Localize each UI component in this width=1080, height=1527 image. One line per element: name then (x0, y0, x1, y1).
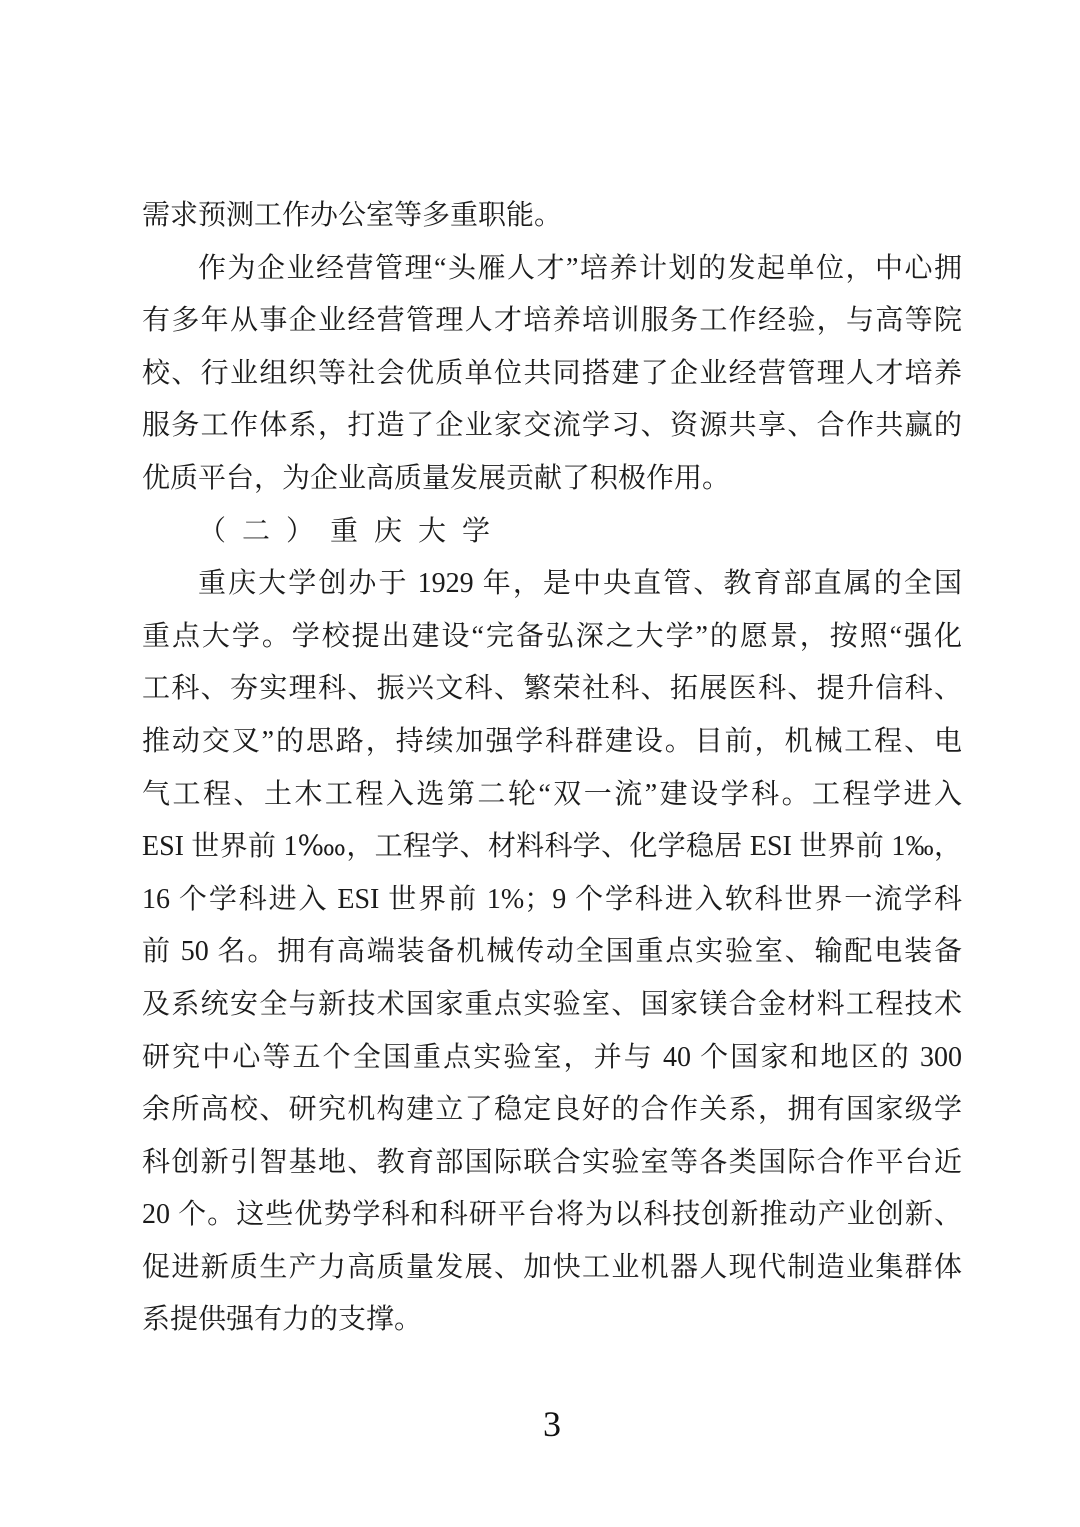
text-line: 工科、夯实理科、振兴文科、繁荣社科、拓展医科、提升信科、 (142, 663, 962, 716)
text-line: 20 个。这些优势学科和科研平台将为以科技创新推动产业创新、 (142, 1189, 962, 1242)
text-line: 校、行业组织等社会优质单位共同搭建了企业经营管理人才培养 (142, 348, 962, 401)
page-number: 3 (142, 1406, 962, 1442)
text-line: 服务工作体系，打造了企业家交流学习、资源共享、合作共赢的 (142, 400, 962, 453)
document-page: 需求预测工作办公室等多重职能。作为企业经营管理“头雁人才”培养计划的发起单位，中… (0, 0, 1080, 1527)
text-line: 气工程、土木工程入选第二轮“双一流”建设学科。工程学进入 (142, 769, 962, 822)
text-line: 系提供强有力的支撑。 (142, 1294, 962, 1347)
text-line: 促进新质生产力高质量发展、加快工业机器人现代制造业集群体 (142, 1242, 962, 1295)
text-line: 推动交叉”的思路，持续加强学科群建设。目前，机械工程、电 (142, 716, 962, 769)
text-line: 科创新引智基地、教育部国际联合实验室等各类国际合作平台近 (142, 1137, 962, 1190)
text-line: 重庆大学创办于 1929 年，是中央直管、教育部直属的全国 (142, 558, 962, 611)
document-body: 需求预测工作办公室等多重职能。作为企业经营管理“头雁人才”培养计划的发起单位，中… (142, 190, 962, 1347)
text-line: 余所高校、研究机构建立了稳定良好的合作关系，拥有国家级学 (142, 1084, 962, 1137)
text-line: 作为企业经营管理“头雁人才”培养计划的发起单位，中心拥 (142, 243, 962, 296)
text-line: ESI 世界前 1‱，工程学、材料科学、化学稳居 ESI 世界前 1‰， (142, 821, 962, 874)
text-line: 重点大学。学校提出建设“完备弘深之大学”的愿景，按照“强化 (142, 611, 962, 664)
text-line: 优质平台，为企业高质量发展贡献了积极作用。 (142, 453, 962, 506)
text-line: 需求预测工作办公室等多重职能。 (142, 190, 962, 243)
text-line: 及系统安全与新技术国家重点实验室、国家镁合金材料工程技术 (142, 979, 962, 1032)
text-line: 16 个学科进入 ESI 世界前 1%；9 个学科进入软科世界一流学科 (142, 874, 962, 927)
text-line: 有多年从事企业经营管理人才培养培训服务工作经验，与高等院 (142, 295, 962, 348)
section-heading: （二）重庆大学 (142, 506, 962, 559)
text-line: 前 50 名。拥有高端装备机械传动全国重点实验室、输配电装备 (142, 926, 962, 979)
text-line: 研究中心等五个全国重点实验室，并与 40 个国家和地区的 300 (142, 1032, 962, 1085)
